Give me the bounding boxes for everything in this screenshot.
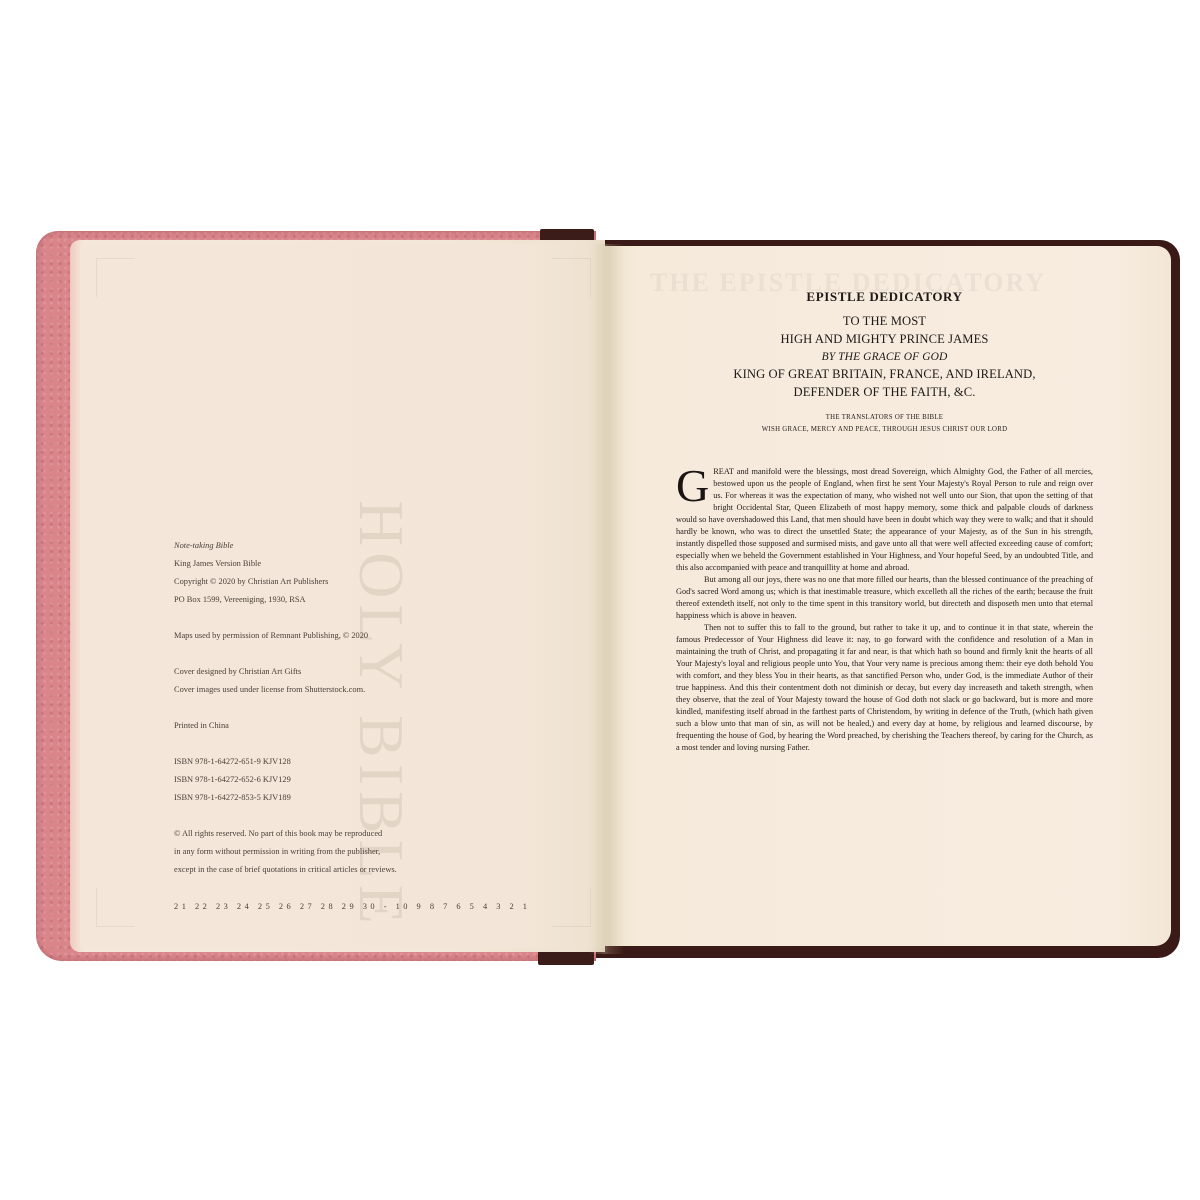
copyright-line: Copyright © 2020 by Christian Art Publis… (174, 573, 504, 591)
rights-line: © All rights reserved. No part of this b… (174, 825, 504, 843)
ribbon-marker-bottom (538, 951, 594, 965)
paragraph: GREAT and manifold were the blessings, m… (676, 466, 1093, 574)
cover-credit: Cover designed by Christian Art Gifts (174, 663, 504, 681)
dedication-line: KING OF GREAT BRITAIN, FRANCE, AND IRELA… (676, 366, 1093, 384)
translators-greeting: THE TRANSLATORS OF THE BIBLE WISH GRACE,… (676, 412, 1093, 436)
translators-line: THE TRANSLATORS OF THE BIBLE (676, 412, 1093, 424)
corner-ornament-icon (96, 888, 135, 927)
rights-line: in any form without permission in writin… (174, 843, 504, 861)
dedication-line: BY THE GRACE OF GOD (676, 349, 1093, 367)
paragraph: But among all our joys, there was no one… (676, 574, 1093, 622)
dedication-line: HIGH AND MIGHTY PRINCE JAMES (676, 331, 1093, 349)
rights-line: except in the case of brief quotations i… (174, 861, 504, 879)
isbn-line: ISBN 978-1-64272-651-9 KJV128 (174, 753, 504, 771)
dedication-line: DEFENDER OF THE FAITH, &C. (676, 384, 1093, 402)
page-title: EPISTLE DEDICATORY (676, 289, 1093, 305)
paragraph: Then not to suffer this to fall to the g… (676, 622, 1093, 754)
edition-title: Note-taking Bible (174, 537, 504, 555)
copyright-block: Note-taking Bible King James Version Bib… (174, 537, 504, 879)
isbn-line: ISBN 978-1-64272-652-6 KJV129 (174, 771, 504, 789)
isbn-line: ISBN 978-1-64272-853-5 KJV189 (174, 789, 504, 807)
epistle-body: GREAT and manifold were the blessings, m… (676, 466, 1093, 754)
printed-in: Printed in China (174, 717, 504, 735)
corner-ornament-icon (96, 258, 135, 297)
printer-key-line: 21 22 23 24 25 26 27 28 29 30 - 10 9 8 7… (174, 902, 530, 911)
cover-credit: Cover images used under license from Shu… (174, 681, 504, 699)
maps-credit: Maps used by permission of Remnant Publi… (174, 627, 504, 645)
copyright-line: King James Version Bible (174, 555, 504, 573)
page-gutter (590, 244, 624, 954)
translators-line: WISH GRACE, MERCY AND PEACE, THROUGH JES… (676, 424, 1093, 436)
dedication-block: TO THE MOST HIGH AND MIGHTY PRINCE JAMES… (676, 313, 1093, 402)
copyright-line: PO Box 1599, Vereeniging, 1930, RSA (174, 591, 504, 609)
dedication-line: TO THE MOST (676, 313, 1093, 331)
corner-ornament-icon (552, 888, 591, 927)
corner-ornament-icon (552, 258, 591, 297)
drop-cap: G (676, 469, 709, 503)
